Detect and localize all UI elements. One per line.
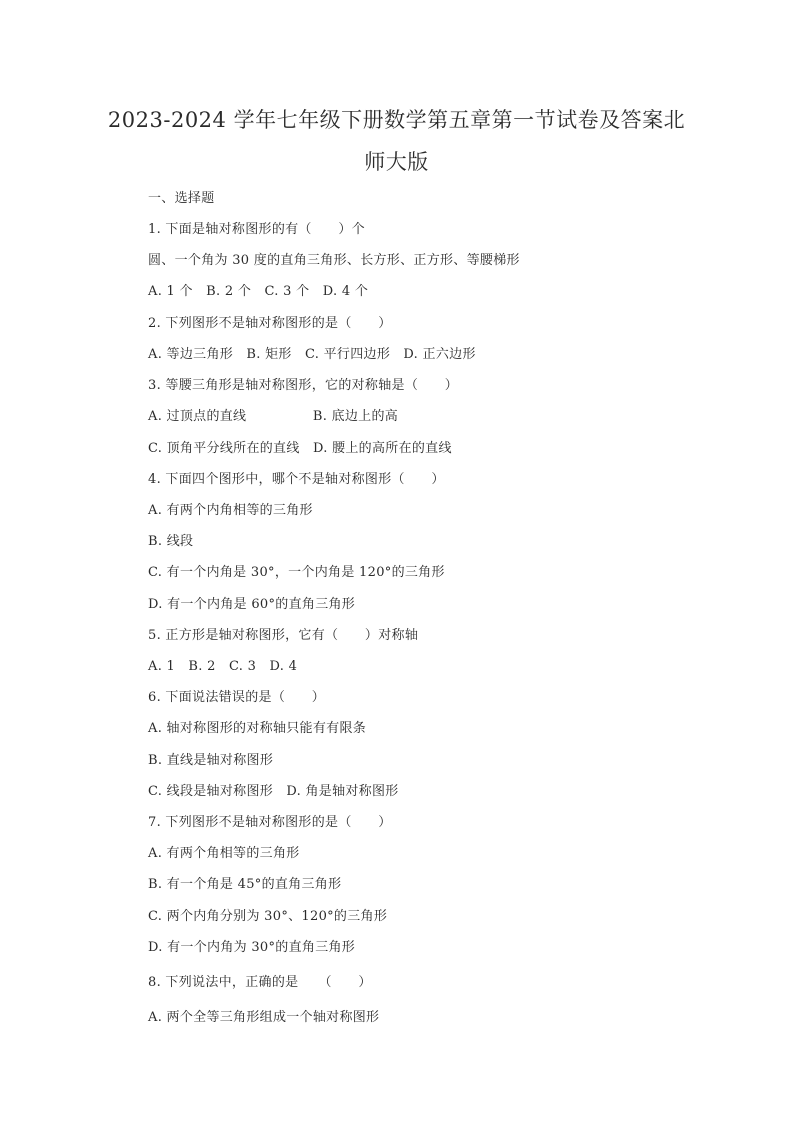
question-1-text: 圆、一个角为 30 度的直角三角形、长方形、正方形、等腰梯形	[148, 249, 520, 268]
question-4-option-a: A. 有两个内角相等的三角形	[148, 499, 313, 518]
question-8-option-a: A. 两个全等三角形组成一个轴对称图形	[148, 1006, 379, 1025]
question-2-options: A. 等边三角形 B. 矩形 C. 平行四边形 D. 正六边形	[148, 343, 476, 362]
question-1-options: A. 1 个 B. 2 个 C. 3 个 D. 4 个	[148, 280, 368, 299]
question-7-option-a: A. 有两个角相等的三角形	[148, 842, 300, 861]
document-title-line-1: 2023-2024 学年七年级下册数学第五章第一节试卷及答案北	[0, 104, 793, 134]
question-4: 4. 下面四个图形中，哪个不是轴对称图形（ ）	[148, 468, 445, 487]
question-7-option-d: D. 有一个内角为 30°的直角三角形	[148, 936, 355, 955]
question-6-option-b: B. 直线是轴对称图形	[148, 749, 273, 768]
question-6: 6. 下面说法错误的是（ ）	[148, 686, 325, 705]
question-4-option-b: B. 线段	[148, 530, 193, 549]
question-3: 3. 等腰三角形是轴对称图形，它的对称轴是（ ）	[148, 374, 458, 393]
question-2: 2. 下列图形不是轴对称图形的是（ ）	[148, 312, 392, 331]
question-7: 7. 下列图形不是轴对称图形的是（ ）	[148, 811, 392, 830]
question-4-option-c: C. 有一个内角是 30°，一个内角是 120°的三角形	[148, 561, 445, 580]
document-title-line-2: 师大版	[0, 146, 793, 176]
question-7-option-c: C. 两个内角分别为 30°、120°的三角形	[148, 905, 387, 924]
question-6-option-a: A. 轴对称图形的对称轴只能有有限条	[148, 717, 366, 736]
question-6-options-cd: C. 线段是轴对称图形 D. 角是轴对称图形	[148, 780, 399, 799]
question-5: 5. 正方形是轴对称图形，它有（ ）对称轴	[148, 624, 418, 643]
question-8: 8. 下列说法中，正确的是 （ ）	[148, 971, 372, 990]
section-heading: 一、选择题	[148, 187, 215, 206]
question-1: 1. 下面是轴对称图形的有（ ）个	[148, 218, 365, 237]
question-4-option-d: D. 有一个内角是 60°的直角三角形	[148, 593, 355, 612]
question-5-options: A. 1 B. 2 C. 3 D. 4	[148, 655, 297, 674]
question-7-option-b: B. 有一个角是 45°的直角三角形	[148, 873, 341, 892]
question-3-options-ab: A. 过顶点的直线 B. 底边上的高	[148, 405, 398, 424]
question-3-options-cd: C. 顶角平分线所在的直线 D. 腰上的高所在的直线	[148, 437, 452, 456]
